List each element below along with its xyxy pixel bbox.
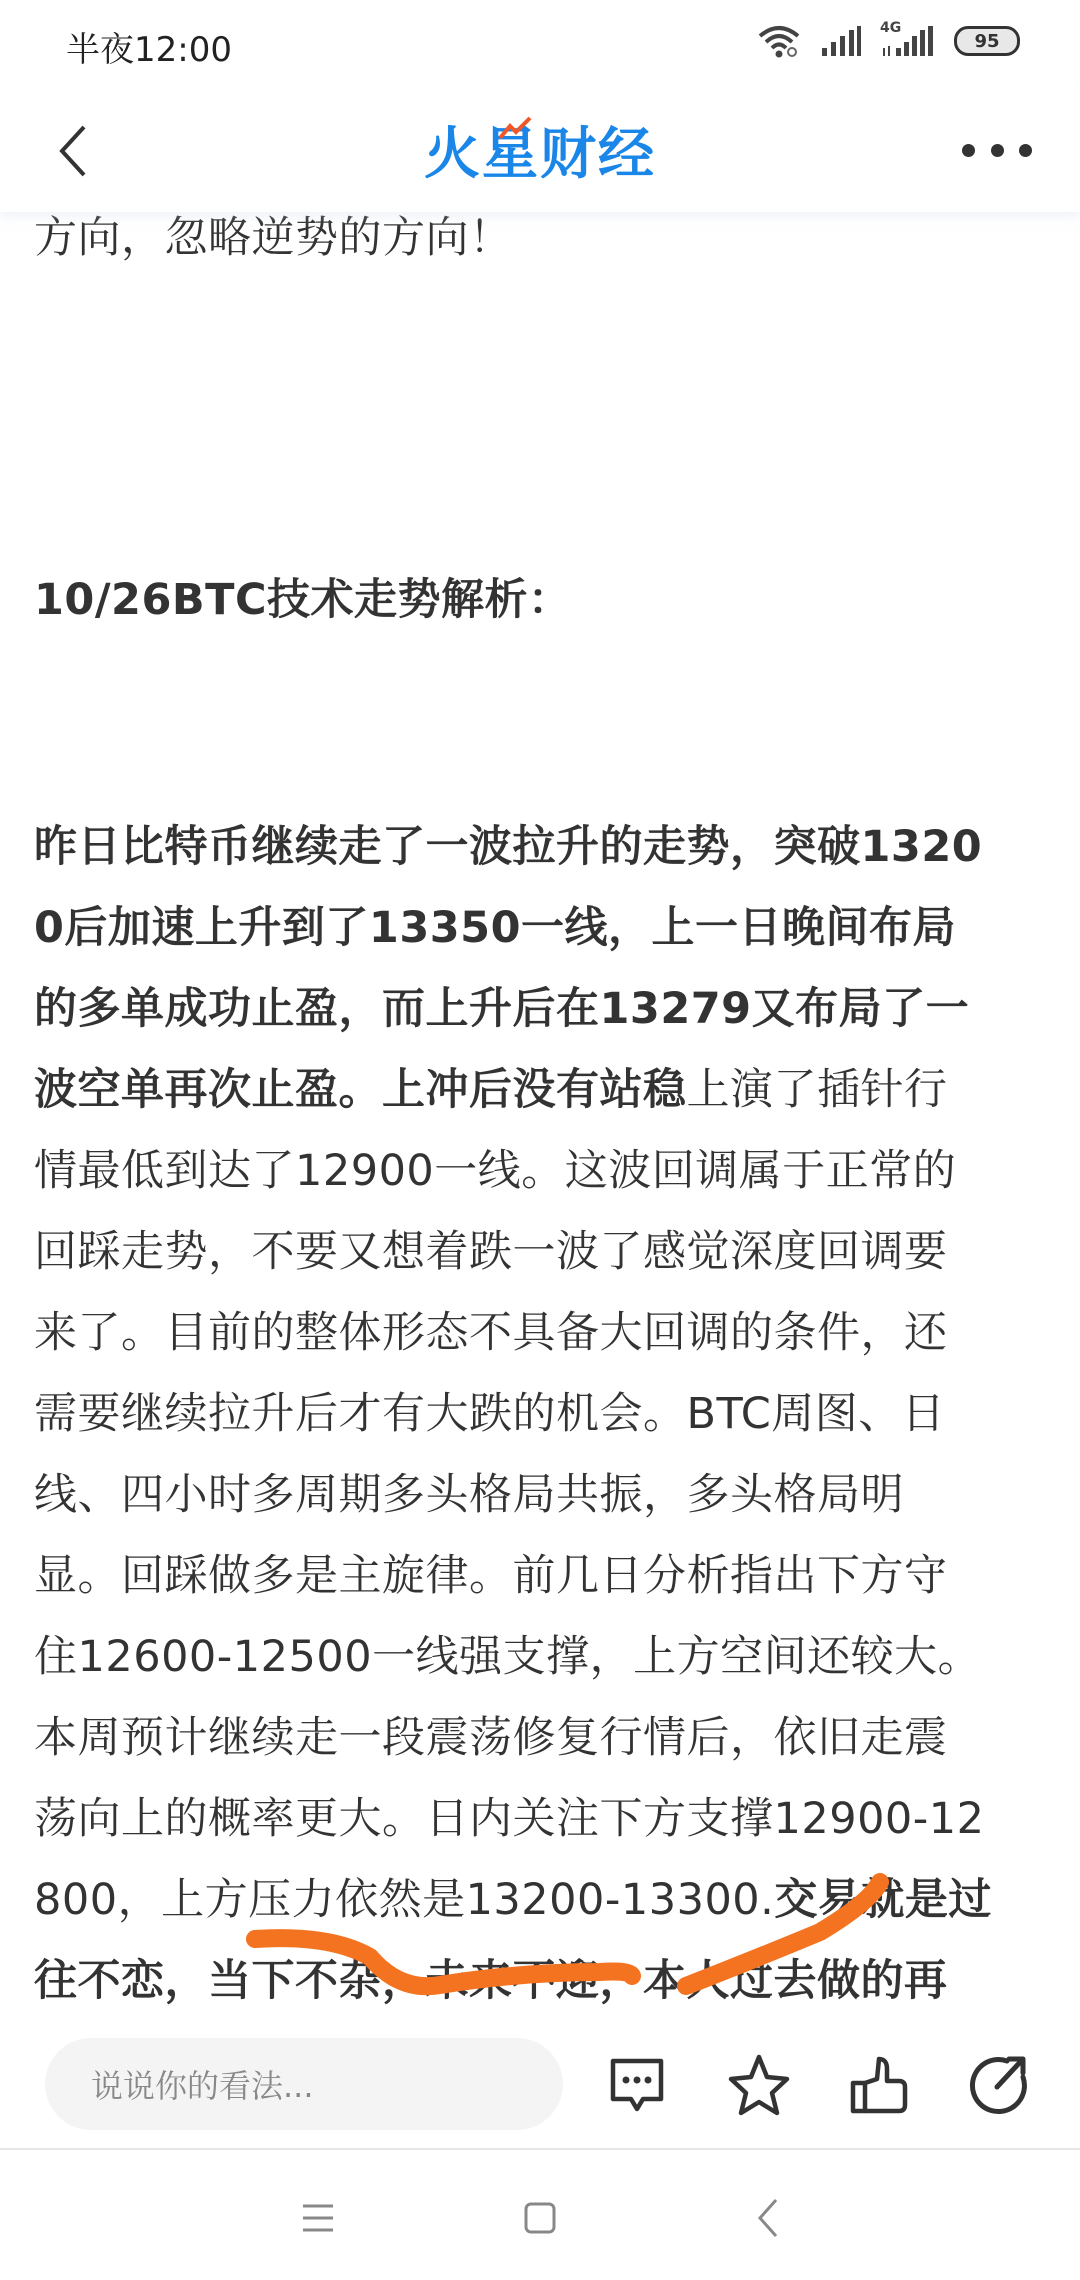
- status-icons: 4G 95: [756, 24, 1020, 58]
- like-button[interactable]: [844, 2050, 914, 2120]
- paragraph-line: 住12600-12500一线强支撑，上方空间还较大。: [34, 1627, 1054, 1687]
- paragraph-line: 情最低到达了12900一线。这波回调属于正常的: [34, 1141, 1054, 1201]
- brand-spark-icon: [498, 116, 532, 142]
- wifi-icon: [756, 24, 802, 58]
- article-content: 方向，忽略逆势的方向！ 10/26BTC技术走势解析： 昨日比特币继续走了一波拉…: [0, 212, 1080, 2022]
- system-nav-bar: [0, 2152, 1080, 2280]
- paragraph-line: 需要继续拉升后才有大跌的机会。BTC周图、日: [34, 1384, 1054, 1444]
- signal-4g-icon: 4G: [880, 24, 936, 58]
- recent-apps-button[interactable]: [288, 2188, 348, 2248]
- thumbs-up-icon: [847, 2053, 911, 2117]
- brand-logo: 火星财经: [0, 110, 1080, 190]
- section-heading: 10/26BTC技术走势解析：: [34, 570, 1054, 630]
- comment-icon: [607, 2055, 667, 2115]
- menu-icon: [301, 2202, 335, 2234]
- paragraph-line: 的多单成功止盈，而上升后在13279又布局了一: [34, 979, 1054, 1039]
- star-icon: [727, 2053, 791, 2117]
- more-button[interactable]: [962, 130, 1032, 170]
- paragraph-line: 来了。目前的整体形态不具备大回调的条件，还: [34, 1303, 1054, 1363]
- signal-icon: [820, 26, 862, 56]
- back-icon: [756, 2198, 780, 2238]
- status-bar: 半夜12:00 4G 95: [0, 0, 1080, 90]
- paragraph-line: 线、四小时多周期多头格局共振，多头格局明: [34, 1465, 1054, 1525]
- paragraph-line: 方向，忽略逆势的方向！: [34, 212, 1054, 268]
- share-icon: [967, 2053, 1031, 2117]
- comment-bar: 说说你的看法...: [0, 2030, 1080, 2150]
- more-dots-icon: [991, 144, 1004, 157]
- battery-icon: 95: [954, 26, 1020, 56]
- comment-button[interactable]: [602, 2050, 672, 2120]
- more-dots-icon: [1019, 144, 1032, 157]
- home-button[interactable]: [510, 2188, 570, 2248]
- app-header: 火星财经: [0, 90, 1080, 212]
- paragraph-line: 波空单再次止盈。上冲后没有站稳上演了插针行: [34, 1060, 1054, 1120]
- comment-input[interactable]: 说说你的看法...: [45, 2038, 563, 2130]
- home-icon: [523, 2201, 557, 2235]
- nav-back-button[interactable]: [738, 2188, 798, 2248]
- paragraph-line: 800，上方压力依然是13200-13300.交易就是过: [34, 1870, 1054, 1930]
- paragraph-line: 显。回踩做多是主旋律。前几日分析指出下方守: [34, 1546, 1054, 1606]
- paragraph-line: 本周预计继续走一段震荡修复行情后，依旧走震: [34, 1708, 1054, 1768]
- status-time: 半夜12:00: [66, 22, 232, 71]
- paragraph-line: 荡向上的概率更大。日内关注下方支撑12900-12: [34, 1789, 1054, 1849]
- paragraph-line: 回踩走势，不要又想着跌一波了感觉深度回调要: [34, 1222, 1054, 1282]
- favorite-button[interactable]: [724, 2050, 794, 2120]
- paragraph-line: 0后加速上升到了13350一线，上一日晚间布局: [34, 898, 1054, 958]
- paragraph-line: 昨日比特币继续走了一波拉升的走势，突破1320: [34, 817, 1054, 877]
- more-dots-icon: [962, 144, 975, 157]
- share-button[interactable]: [964, 2050, 1034, 2120]
- paragraph-line: 往不恋，当下不杂，未来不迎，本人过去做的再: [34, 1951, 1054, 2011]
